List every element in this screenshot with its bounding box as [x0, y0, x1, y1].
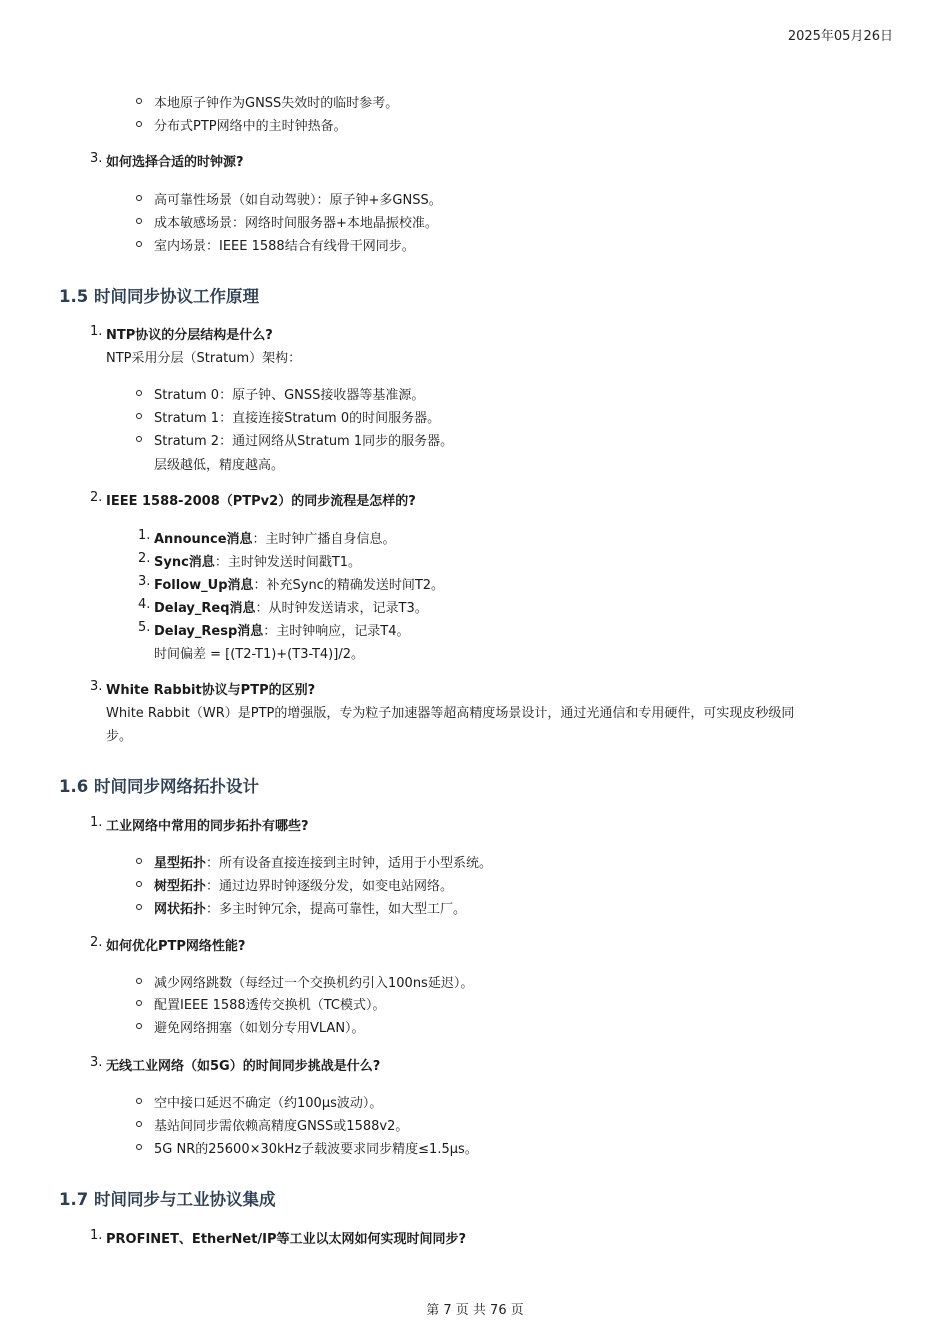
section-heading-1-7: 1.7 时间同步与工业协议集成	[59, 1186, 275, 1210]
list-item: Stratum 0：原子钟、GNSS接收器等基准源。	[154, 384, 424, 403]
list-item: 分布式PTP网络中的主时钟热备。	[154, 115, 347, 134]
question-title: 工业网络中常用的同步拓扑有哪些?	[106, 815, 309, 834]
question-title: 无线工业网络（如5G）的时间同步挑战是什么?	[106, 1055, 380, 1074]
question-number: 2.	[90, 490, 102, 505]
question-number: 1.	[90, 324, 102, 339]
list-item: Delay_Req消息：从时钟发送请求，记录T3。	[154, 597, 428, 616]
list-item: 减少网络跳数（每经过一个交换机约引入100ns延迟）。	[154, 972, 473, 991]
list-item: 成本敏感场景：网络时间服务器+本地晶振校准。	[154, 212, 438, 231]
step-number: 3.	[138, 574, 150, 589]
question-number: 3.	[90, 151, 102, 166]
bullet-icon	[136, 1000, 142, 1006]
bullet-icon	[136, 858, 142, 864]
question-title: PROFINET、EtherNet/IP等工业以太网如何实现时间同步?	[106, 1228, 466, 1247]
step-label: Delay_Req消息	[154, 601, 256, 616]
list-item: 网状拓扑：多主时钟冗余，提高可靠性，如大型工厂。	[154, 898, 466, 917]
step-number: 1.	[138, 528, 150, 543]
list-item: 本地原子钟作为GNSS失效时的临时参考。	[154, 92, 398, 111]
paragraph: White Rabbit（WR）是PTP的增强版，专为粒子加速器等超高精度场景设…	[106, 702, 794, 721]
step-text: ：主时钟发送时间戳T1。	[215, 555, 361, 570]
section-heading-1-6: 1.6 时间同步网络拓扑设计	[59, 773, 259, 797]
topology-label: 星型拓扑	[154, 856, 206, 871]
bullet-icon	[136, 881, 142, 887]
list-item: 高可靠性场景（如自动驾驶）：原子钟+多GNSS。	[154, 189, 442, 208]
step-label: Delay_Resp消息	[154, 624, 263, 639]
list-item: Delay_Resp消息：主时钟响应，记录T4。	[154, 620, 410, 639]
step-label: Sync消息	[154, 555, 215, 570]
list-item: Follow_Up消息：补充Sync的精确发送时间T2。	[154, 574, 444, 593]
paragraph: NTP采用分层（Stratum）架构：	[106, 347, 301, 366]
list-item: Sync消息：主时钟发送时间戳T1。	[154, 551, 361, 570]
step-label: Announce消息	[154, 532, 253, 547]
question-number: 1.	[90, 815, 102, 830]
bullet-icon	[136, 904, 142, 910]
bullet-icon	[136, 121, 142, 127]
list-item: 室内场景：IEEE 1588结合有线骨干网同步。	[154, 235, 415, 254]
step-number: 5.	[138, 620, 150, 635]
question-title: IEEE 1588-2008（PTPv2）的同步流程是怎样的?	[106, 490, 416, 509]
list-item: 基站间同步需依赖高精度GNSS或1588v2。	[154, 1115, 408, 1134]
step-text: ：从时钟发送请求，记录T3。	[256, 601, 428, 616]
bullet-icon	[136, 195, 142, 201]
bullet-icon	[136, 436, 142, 442]
list-item: Stratum 1：直接连接Stratum 0的时间服务器。	[154, 407, 440, 426]
step-number: 2.	[138, 551, 150, 566]
page-number: 第 7 页 共 76 页	[0, 1299, 950, 1318]
question-number: 2.	[90, 935, 102, 950]
topology-label: 树型拓扑	[154, 879, 206, 894]
bullet-icon	[136, 1023, 142, 1029]
formula: 时间偏差 = [(T2-T1)+(T3-T4)]/2。	[154, 643, 364, 662]
bullet-icon	[136, 98, 142, 104]
bullet-icon	[136, 413, 142, 419]
list-item: 5G NR的25600×30kHz子载波要求同步精度≤1.5μs。	[154, 1138, 478, 1157]
bullet-icon	[136, 390, 142, 396]
bullet-icon	[136, 1121, 142, 1127]
paragraph: 步。	[106, 725, 132, 744]
bullet-icon	[136, 1098, 142, 1104]
bullet-icon	[136, 1144, 142, 1150]
step-text: ：补充Sync的精确发送时间T2。	[254, 578, 445, 593]
bullet-icon	[136, 218, 142, 224]
list-item: 树型拓扑：通过边界时钟逐级分发，如变电站网络。	[154, 875, 453, 894]
list-item: Announce消息：主时钟广播自身信息。	[154, 528, 396, 547]
step-text: ：主时钟广播自身信息。	[253, 532, 396, 547]
paragraph: 层级越低，精度越高。	[154, 454, 284, 473]
topology-label: 网状拓扑	[154, 902, 206, 917]
bullet-icon	[136, 241, 142, 247]
step-label: Follow_Up消息	[154, 578, 254, 593]
list-item: 避免网络拥塞（如划分专用VLAN）。	[154, 1017, 365, 1036]
question-title: NTP协议的分层结构是什么?	[106, 324, 273, 343]
list-item: 空中接口延迟不确定（约100μs波动）。	[154, 1092, 382, 1111]
question-number: 3.	[90, 679, 102, 694]
question-number: 1.	[90, 1228, 102, 1243]
section-heading-1-5: 1.5 时间同步协议工作原理	[59, 283, 259, 307]
step-text: ：主时钟响应，记录T4。	[263, 624, 409, 639]
question-title: White Rabbit协议与PTP的区别?	[106, 679, 315, 698]
step-number: 4.	[138, 597, 150, 612]
topology-text: ：通过边界时钟逐级分发，如变电站网络。	[206, 879, 453, 894]
question-number: 3.	[90, 1055, 102, 1070]
list-item: 配置IEEE 1588透传交换机（TC模式）。	[154, 994, 385, 1013]
list-item: Stratum 2：通过网络从Stratum 1同步的服务器。	[154, 430, 453, 449]
question-title: 如何选择合适的时钟源?	[106, 151, 244, 170]
question-title: 如何优化PTP网络性能?	[106, 935, 245, 954]
topology-text: ：多主时钟冗余，提高可靠性，如大型工厂。	[206, 902, 466, 917]
list-item: 星型拓扑：所有设备直接连接到主时钟，适用于小型系统。	[154, 852, 492, 871]
topology-text: ：所有设备直接连接到主时钟，适用于小型系统。	[206, 856, 492, 871]
document-date: 2025年05月26日	[788, 25, 893, 44]
bullet-icon	[136, 978, 142, 984]
